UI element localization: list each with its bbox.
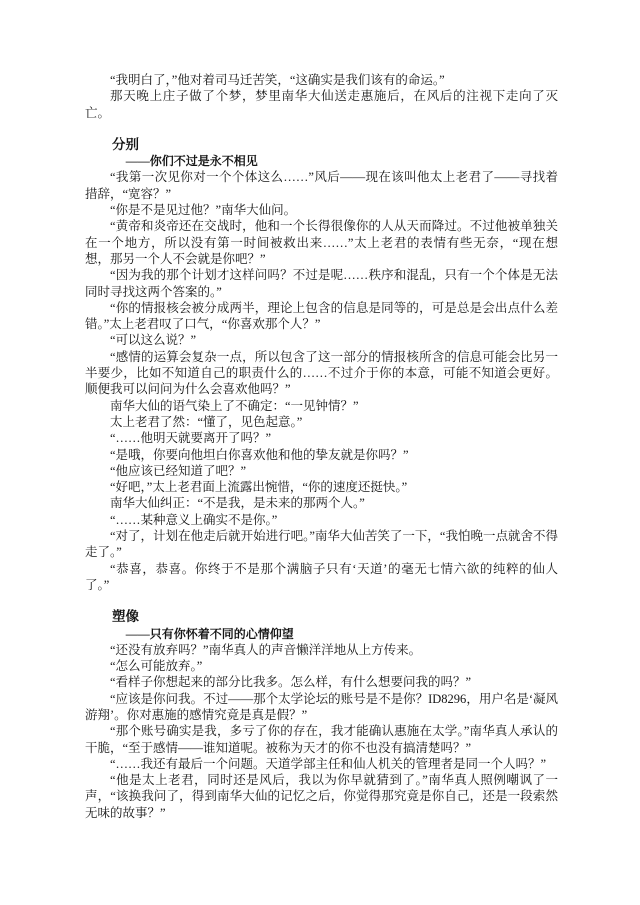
paragraph: “看样子你想起来的部分比我多。怎么样，有什么想要问我的吗？” bbox=[85, 674, 558, 690]
paragraph: 南华大仙的语气染上了不确定：“一见钟情？” bbox=[85, 398, 558, 414]
paragraph: “……我还有最后一个问题。天道学部主任和仙人机关的管理者是同一个人吗？” bbox=[85, 756, 558, 772]
paragraph: “他应该已经知道了吧？” bbox=[85, 463, 558, 479]
paragraph: “我明白了，”他对着司马迁苦笑，“这确实是我们该有的命运。” bbox=[85, 72, 558, 88]
paragraph: “我第一次见你对一个个体这么……”风后——现在该叫他太上老君了——寻找着措辞，“… bbox=[85, 169, 558, 202]
paragraph: “是哦，你要向他坦白你喜欢他和他的挚友就是你吗？” bbox=[85, 447, 558, 463]
paragraph: “感情的运算会复杂一点，所以包含了这一部分的情报核所含的信息可能会比另一半要少，… bbox=[85, 349, 558, 398]
paragraph: 那天晚上庄子做了个梦，梦里南华大仙送走惠施后，在风后的注视下走向了灭亡。 bbox=[85, 88, 558, 121]
document-page: “我明白了，”他对着司马迁苦笑，“这确实是我们该有的命运。” 那天晚上庄子做了个… bbox=[0, 0, 640, 905]
paragraph: “他是太上老君，同时还是风后，我以为你早就猜到了。”南华真人照例嘲讽了一声，“该… bbox=[85, 772, 558, 821]
paragraph: “应该是你问我。不过——那个太学论坛的账号是不是你？ID8296，用户名是‘凝风… bbox=[85, 691, 558, 724]
paragraph: “还没有放弃吗？”南华真人的声音懒洋洋地从上方传来。 bbox=[85, 642, 558, 658]
section-title: 塑像 bbox=[85, 609, 558, 625]
paragraph: “你的情报核会被分成两半，理论上包含的信息是同等的，可是总是会出点什么差错。”太… bbox=[85, 300, 558, 333]
paragraph: 太上老君了然：“懂了，见色起意。” bbox=[85, 414, 558, 430]
paragraph: “……他明天就要离开了吗？” bbox=[85, 430, 558, 446]
paragraph: “你是不是见过他？”南华大仙问。 bbox=[85, 202, 558, 218]
paragraph: “黄帝和炎帝还在交战时，他和一个长得很像你的人从天而降过。不过他被单独关在一个地… bbox=[85, 218, 558, 267]
paragraph: “……某种意义上确实不是你。” bbox=[85, 512, 558, 528]
paragraph: “好吧，”太上老君面上流露出惋惜，“你的速度还挺快。” bbox=[85, 479, 558, 495]
paragraph: “因为我的那个计划才这样问吗？不过是呢……秩序和混乱，只有一个个体是无法同时寻找… bbox=[85, 267, 558, 300]
section-title: 分别 bbox=[85, 137, 558, 153]
section-subtitle: ——你们不过是永不相见 bbox=[85, 153, 558, 169]
paragraph: “怎么可能放弃。” bbox=[85, 658, 558, 674]
paragraph: “那个账号确实是我，多亏了你的存在，我才能确认惠施在太学。”南华真人承认的干脆，… bbox=[85, 723, 558, 756]
paragraph: “恭喜，恭喜。你终于不是那个满脑子只有‘天道’的毫无七情六欲的纯粹的仙人了。” bbox=[85, 561, 558, 594]
paragraph: 南华大仙纠正：“不是我，是未来的那两个人。” bbox=[85, 495, 558, 511]
section-subtitle: ——只有你怀着不同的心情仰望 bbox=[85, 626, 558, 642]
paragraph: “可以这么说？” bbox=[85, 332, 558, 348]
paragraph: “对了，计划在他走后就开始进行吧。”南华大仙苦笑了一下，“我怕晚一点就舍不得走了… bbox=[85, 528, 558, 561]
